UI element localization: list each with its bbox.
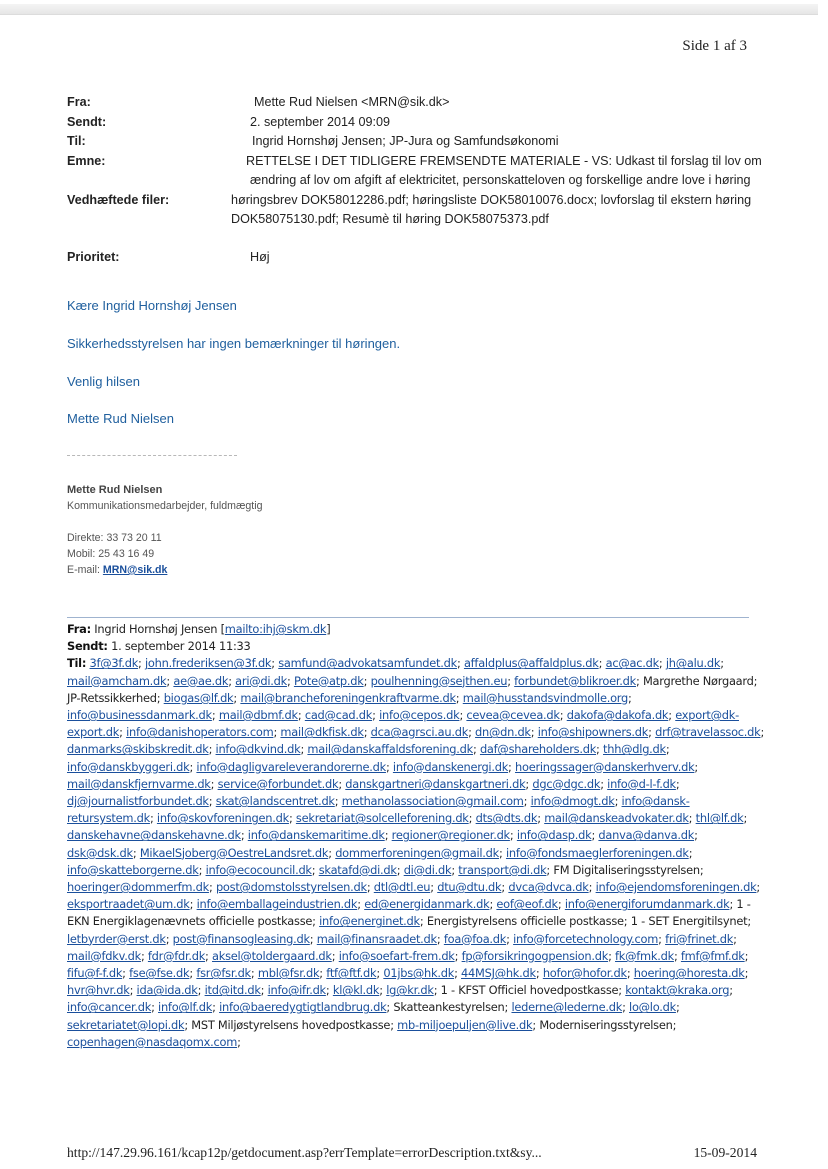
recipient-email-link[interactable]: fdr@fdr.dk bbox=[148, 949, 205, 963]
recipient-email-link[interactable]: drf@travelassoc.dk bbox=[655, 725, 760, 739]
recipient-email-link[interactable]: info@shipowners.dk bbox=[538, 725, 648, 739]
recipient-email-link[interactable]: info@forcetechnology.com bbox=[513, 932, 658, 946]
subject-label: Emne: bbox=[67, 152, 250, 191]
recipient-email-link[interactable]: info@skovforeningen.dk bbox=[157, 811, 289, 825]
recipient-email-link[interactable]: mail@dkfisk.dk bbox=[280, 725, 363, 739]
recipient-email-link[interactable]: info@danishoperators.com bbox=[126, 725, 273, 739]
recipient-name: Moderniseringsstyrelsen bbox=[539, 1018, 672, 1032]
recipient-email-link[interactable]: info@energinet.dk bbox=[319, 914, 420, 928]
recipient-email-link[interactable]: kontakt@kraka.org bbox=[625, 983, 729, 997]
recipient-email-link[interactable]: mail@danskeadvokater.dk bbox=[544, 811, 688, 825]
recipient-email-link[interactable]: MikaelSjoberg@OestreLandsret.dk bbox=[140, 846, 328, 860]
footer-url: http://147.29.96.161/kcap12p/getdocument… bbox=[67, 1145, 542, 1161]
recipient-email-link[interactable]: ac@ac.dk bbox=[606, 656, 659, 670]
recipient-email-link[interactable]: samfund@advokatsamfundet.dk bbox=[278, 656, 457, 670]
recipient-email-link[interactable]: forbundet@blikroer.dk bbox=[514, 674, 636, 688]
fwd-from-name: Ingrid Hornshøj Jensen bbox=[94, 622, 217, 636]
from-label: Fra: bbox=[67, 93, 250, 113]
recipient-email-link[interactable]: hvr@hvr.dk bbox=[67, 983, 130, 997]
recipient-email-link[interactable]: info@businessdanmark.dk bbox=[67, 708, 212, 722]
recipient-email-link[interactable]: eksportraadet@um.dk bbox=[67, 897, 190, 911]
recipient-email-link[interactable]: foa@foa.dk bbox=[444, 932, 506, 946]
recipient-email-link[interactable]: fifu@f-f.dk bbox=[67, 966, 122, 980]
from-value: Mette Rud Nielsen <MRN@sik.dk> bbox=[250, 93, 767, 113]
fwd-to-label: Til: bbox=[67, 656, 86, 670]
recipient-email-link[interactable]: info@fondsmaeglerforeningen.dk bbox=[506, 846, 689, 860]
recipient-email-link[interactable]: info@skatteborgerne.dk bbox=[67, 863, 199, 877]
attachments-value[interactable]: høringsbrev DOK58012286.pdf; høringslist… bbox=[231, 191, 767, 230]
recipient-email-link[interactable]: info@dkvind.dk bbox=[216, 742, 301, 756]
recipient-email-link[interactable]: info@soefart-frem.dk bbox=[339, 949, 455, 963]
forwarded-header: Fra: Ingrid Hornshøj Jensen [mailto:ihj@… bbox=[67, 621, 767, 1051]
recipient-email-link[interactable]: copenhagen@nasdaqomx.com bbox=[67, 1035, 237, 1049]
recipient-email-link[interactable]: info@danskbyggeri.dk bbox=[67, 760, 189, 774]
divider bbox=[67, 617, 749, 618]
print-footer: http://147.29.96.161/kcap12p/getdocument… bbox=[67, 1145, 757, 1161]
priority-value: Høj bbox=[250, 248, 767, 268]
recipient-email-link[interactable]: info@dmogt.dk bbox=[531, 794, 615, 808]
subject-value: RETTELSE I DET TIDLIGERE FREMSENDTE MATE… bbox=[250, 152, 767, 191]
recipient-email-link[interactable]: hoering@horesta.dk bbox=[634, 966, 745, 980]
recipient-email-link[interactable]: info@emballageindustrien.dk bbox=[197, 897, 358, 911]
signature-name: Mette Rud Nielsen bbox=[67, 482, 263, 498]
recipient-email-link[interactable]: lg@kr.dk bbox=[386, 983, 433, 997]
recipient-email-link[interactable]: danskgartneri@danskgartneri.dk bbox=[345, 777, 525, 791]
recipient-email-link[interactable]: dca@agrsci.au.dk bbox=[371, 725, 468, 739]
recipient-name: Skatteankestyrelsen bbox=[393, 1000, 504, 1014]
recipient-email-link[interactable]: service@forbundet.dk bbox=[218, 777, 339, 791]
recipient-email-link[interactable]: info@danskenergi.dk bbox=[393, 760, 508, 774]
recipient-email-link[interactable]: dts@dts.dk bbox=[476, 811, 538, 825]
scroll-bar bbox=[0, 4, 818, 15]
signature-block: Mette Rud Nielsen Kommunikationsmedarbej… bbox=[67, 482, 263, 578]
recipient-email-link[interactable]: info@d-l-f.dk bbox=[607, 777, 676, 791]
recipient-email-link[interactable]: thh@dlg.dk bbox=[603, 742, 666, 756]
recipient-email-link[interactable]: fp@forsikringogpension.dk bbox=[462, 949, 608, 963]
recipient-email-link[interactable]: mail@husstandsvindmolle.org bbox=[463, 691, 628, 705]
recipient-email-link[interactable]: kl@kl.dk bbox=[333, 983, 379, 997]
recipient-email-link[interactable]: info@dagligvareleverandorerne.dk bbox=[196, 760, 386, 774]
recipient-email-link[interactable]: info@baeredygtigtlandbrug.dk bbox=[219, 1000, 386, 1014]
recipient-email-link[interactable]: poulhenning@sejthen.eu bbox=[371, 674, 508, 688]
recipient-email-link[interactable]: 01jbs@hk.dk bbox=[383, 966, 454, 980]
recipient-email-link[interactable]: dj@journalistforbundet.dk bbox=[67, 794, 209, 808]
recipient-email-link[interactable]: info@energiforumdanmark.dk bbox=[565, 897, 730, 911]
to-value: Ingrid Hornshøj Jensen; JP-Jura og Samfu… bbox=[250, 132, 767, 152]
recipient-email-link[interactable]: mail@finansraadet.dk bbox=[317, 932, 437, 946]
page-number: Side 1 af 3 bbox=[682, 38, 747, 55]
recipient-email-link[interactable]: info@lf.dk bbox=[158, 1000, 212, 1014]
recipient-email-link[interactable]: jh@alu.dk bbox=[666, 656, 720, 670]
recipient-email-link[interactable]: skatafd@di.dk bbox=[319, 863, 397, 877]
recipient-email-link[interactable]: ed@energidanmark.dk bbox=[364, 897, 489, 911]
recipient-name: 1 - KFST Officiel hovedpostkasse bbox=[441, 983, 619, 997]
signature-email-link[interactable]: MRN@sik.dk bbox=[103, 564, 168, 576]
recipient-email-link[interactable]: info@ifr.dk bbox=[268, 983, 326, 997]
recipient-email-link[interactable]: ida@ida.dk bbox=[137, 983, 198, 997]
recipient-email-link[interactable]: ae@ae.dk bbox=[173, 674, 228, 688]
recipient-email-link[interactable]: info@cepos.dk bbox=[379, 708, 459, 722]
recipient-email-link[interactable]: itd@itd.dk bbox=[205, 983, 261, 997]
recipient-name: Margrethe Nørgaard bbox=[643, 674, 754, 688]
recipient-email-link[interactable]: thl@lf.dk bbox=[696, 811, 744, 825]
sent-label: Sendt: bbox=[67, 113, 250, 133]
recipient-email-link[interactable]: mail@danskfjernvarme.dk bbox=[67, 777, 211, 791]
recipient-email-link[interactable]: danva@danva.dk bbox=[598, 828, 694, 842]
recipient-email-link[interactable]: letbyrder@erst.dk bbox=[67, 932, 166, 946]
recipient-email-link[interactable]: dn@dn.dk bbox=[475, 725, 531, 739]
recipient-email-link[interactable]: 3f@3f.dk bbox=[90, 656, 139, 670]
recipient-email-link[interactable]: fk@fmk.dk bbox=[615, 949, 674, 963]
recipient-email-link[interactable]: hoeringssager@danskerhverv.dk bbox=[515, 760, 694, 774]
recipient-email-link[interactable]: sekretariat@solcelleforening.dk bbox=[296, 811, 469, 825]
recipient-email-link[interactable]: mail@fdkv.dk bbox=[67, 949, 141, 963]
recipient-name: Energistyrelsens officielle postkasse bbox=[427, 914, 624, 928]
recipient-email-link[interactable]: lo@lo.dk bbox=[629, 1000, 676, 1014]
recipient-email-link[interactable]: dgc@dgc.dk bbox=[532, 777, 600, 791]
recipient-email-link[interactable]: di@di.dk bbox=[404, 863, 452, 877]
recipient-email-link[interactable]: ftf@ftf.dk bbox=[326, 966, 376, 980]
recipient-email-link[interactable]: mail@amcham.dk bbox=[67, 674, 166, 688]
signature-title: Kommunikationsmedarbejder, fuldmægtig bbox=[67, 498, 263, 514]
recipient-email-link[interactable]: fsr@fsr.dk bbox=[196, 966, 251, 980]
recipient-email-link[interactable]: info@dasp.dk bbox=[517, 828, 592, 842]
recipient-email-link[interactable]: dtu@dtu.dk bbox=[437, 880, 501, 894]
recipient-email-link[interactable]: regioner@regioner.dk bbox=[392, 828, 510, 842]
message: Sikkerhedsstyrelsen har ingen bemærkning… bbox=[67, 336, 767, 351]
recipient-email-link[interactable]: lederne@lederne.dk bbox=[511, 1000, 622, 1014]
recipient-email-link[interactable]: mail@dbmf.dk bbox=[219, 708, 298, 722]
fwd-sent-label: Sendt: bbox=[67, 639, 108, 653]
recipient-email-link[interactable]: info@cancer.dk bbox=[67, 1000, 151, 1014]
recipient-email-link[interactable]: dvca@dvca.dk bbox=[508, 880, 588, 894]
attachments-label: Vedhæftede filer: bbox=[67, 191, 250, 230]
recipient-email-link[interactable]: hoeringer@dommerfm.dk bbox=[67, 880, 209, 894]
recipient-email-link[interactable]: post@domstolsstyrelsen.dk bbox=[216, 880, 367, 894]
recipient-email-link[interactable]: mail@danskaffaldsforening.dk bbox=[307, 742, 473, 756]
recipient-email-link[interactable]: 44MSJ@hk.dk bbox=[461, 966, 536, 980]
recipient-email-link[interactable]: affaldplus@affaldplus.dk bbox=[464, 656, 599, 670]
recipient-email-link[interactable]: info@ecocouncil.dk bbox=[206, 863, 312, 877]
recipient-email-link[interactable]: skat@landscentret.dk bbox=[216, 794, 335, 808]
recipient-email-link[interactable]: daf@shareholders.dk bbox=[480, 742, 596, 756]
recipient-name: FM Digitaliseringsstyrelsen bbox=[553, 863, 699, 877]
fwd-from-mailto-link[interactable]: mailto:ihj@skm.dk bbox=[225, 622, 326, 636]
recipient-email-link[interactable]: cevea@cevea.dk bbox=[466, 708, 559, 722]
recipient-email-link[interactable]: dtl@dtl.eu bbox=[374, 880, 430, 894]
recipient-email-link[interactable]: mbl@fsr.dk bbox=[258, 966, 319, 980]
recipient-email-link[interactable]: dsk@dsk.dk bbox=[67, 846, 133, 860]
recipient-email-link[interactable]: post@finansogleasing.dk bbox=[173, 932, 310, 946]
recipient-email-link[interactable]: info@ejendomsforeningen.dk bbox=[596, 880, 757, 894]
recipient-email-link[interactable]: fse@fse.dk bbox=[129, 966, 189, 980]
recipient-email-link[interactable]: hofor@hofor.dk bbox=[543, 966, 627, 980]
email-header: Fra:Mette Rud Nielsen <MRN@sik.dk> Sendt… bbox=[67, 93, 767, 267]
fwd-from-label: Fra: bbox=[67, 622, 91, 636]
to-label: Til: bbox=[67, 132, 250, 152]
recipient-email-link[interactable]: danmarks@skibskredit.dk bbox=[67, 742, 209, 756]
recipient-email-link[interactable]: john.frederiksen@3f.dk bbox=[145, 656, 271, 670]
sent-value: 2. september 2014 09:09 bbox=[250, 113, 767, 133]
signature-direct: Direkte: 33 73 20 11 bbox=[67, 530, 263, 546]
recipient-email-link[interactable]: biogas@lf.dk bbox=[164, 691, 234, 705]
recipient-email-link[interactable]: transport@di.dk bbox=[458, 863, 546, 877]
recipient-email-link[interactable]: dommerforeningen@gmail.dk bbox=[335, 846, 499, 860]
divider bbox=[67, 455, 237, 456]
recipient-email-link[interactable]: Pote@atp.dk bbox=[294, 674, 364, 688]
closing: Venlig hilsen bbox=[67, 374, 767, 389]
priority-label: Prioritet: bbox=[67, 248, 250, 268]
recipient-email-link[interactable]: eof@eof.dk bbox=[496, 897, 557, 911]
fwd-sent-value: 1. september 2014 11:33 bbox=[111, 639, 250, 653]
recipient-name: MST Miljøstyrelsens hovedpostkasse bbox=[191, 1018, 390, 1032]
recipient-email-link[interactable]: mail@brancheforeningenkraftvarme.dk bbox=[240, 691, 455, 705]
recipient-email-link[interactable]: sekretariatet@lopi.dk bbox=[67, 1018, 184, 1032]
footer-date: 15-09-2014 bbox=[694, 1145, 757, 1161]
recipient-email-link[interactable]: mb-miljoepuljen@live.dk bbox=[397, 1018, 532, 1032]
recipient-email-link[interactable]: methanolassociation@gmail.com bbox=[342, 794, 524, 808]
recipient-email-link[interactable]: ari@di.dk bbox=[235, 674, 287, 688]
recipient-email-link[interactable]: info@danskemaritime.dk bbox=[248, 828, 385, 842]
recipient-email-link[interactable]: cad@cad.dk bbox=[305, 708, 372, 722]
greeting: Kære Ingrid Hornshøj Jensen bbox=[67, 298, 767, 313]
recipient-email-link[interactable]: fmf@fmf.dk bbox=[681, 949, 745, 963]
recipient-email-link[interactable]: dakofa@dakofa.dk bbox=[567, 708, 669, 722]
signoff: Mette Rud Nielsen bbox=[67, 411, 767, 426]
recipient-email-link[interactable]: aksel@toldergaard.dk bbox=[212, 949, 332, 963]
recipient-email-link[interactable]: fri@frinet.dk bbox=[665, 932, 733, 946]
signature-mobile: Mobil: 25 43 16 49 bbox=[67, 546, 263, 562]
recipient-name: 1 - SET Energitilsynet bbox=[631, 914, 748, 928]
recipient-email-link[interactable]: danskehavne@danskehavne.dk bbox=[67, 828, 241, 842]
signature-email-label: E-mail: bbox=[67, 564, 103, 576]
recipient-name: JP-Retssikkerhed bbox=[67, 691, 157, 705]
